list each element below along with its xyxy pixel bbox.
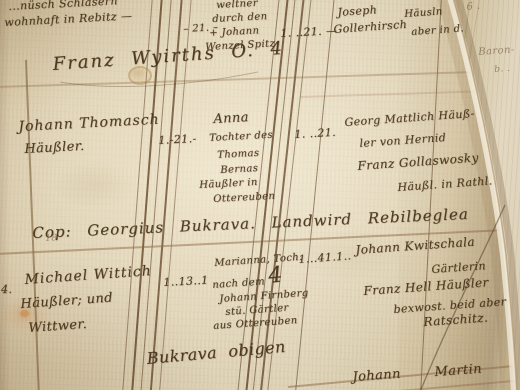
large-corrected-digit: 4 [267, 262, 284, 288]
witness-name: Joseph [337, 3, 378, 19]
under-page-text-fragment: b. . [494, 64, 511, 75]
manuscript-page-photo: 6 . Baron- b. . ...nüsch Schlasern wohnh… [0, 0, 520, 390]
ratio-numerals: 1..13..1 [163, 274, 209, 289]
year-fragment: 18 [45, 233, 58, 244]
under-page-number: 6 . [466, 1, 481, 13]
margin-entry-number: 4. [1, 283, 12, 296]
column-rule [295, 0, 335, 390]
ratio-numerals: 1. ..21. [294, 126, 336, 141]
bride-detail-line: Thomas [217, 148, 260, 161]
bride-detail-line: Bernas [220, 163, 259, 176]
groom-occupation: Häußler. [24, 139, 85, 157]
ratio-numerals: 1.-21.- [158, 132, 197, 147]
bride-name: Anna [213, 110, 249, 127]
